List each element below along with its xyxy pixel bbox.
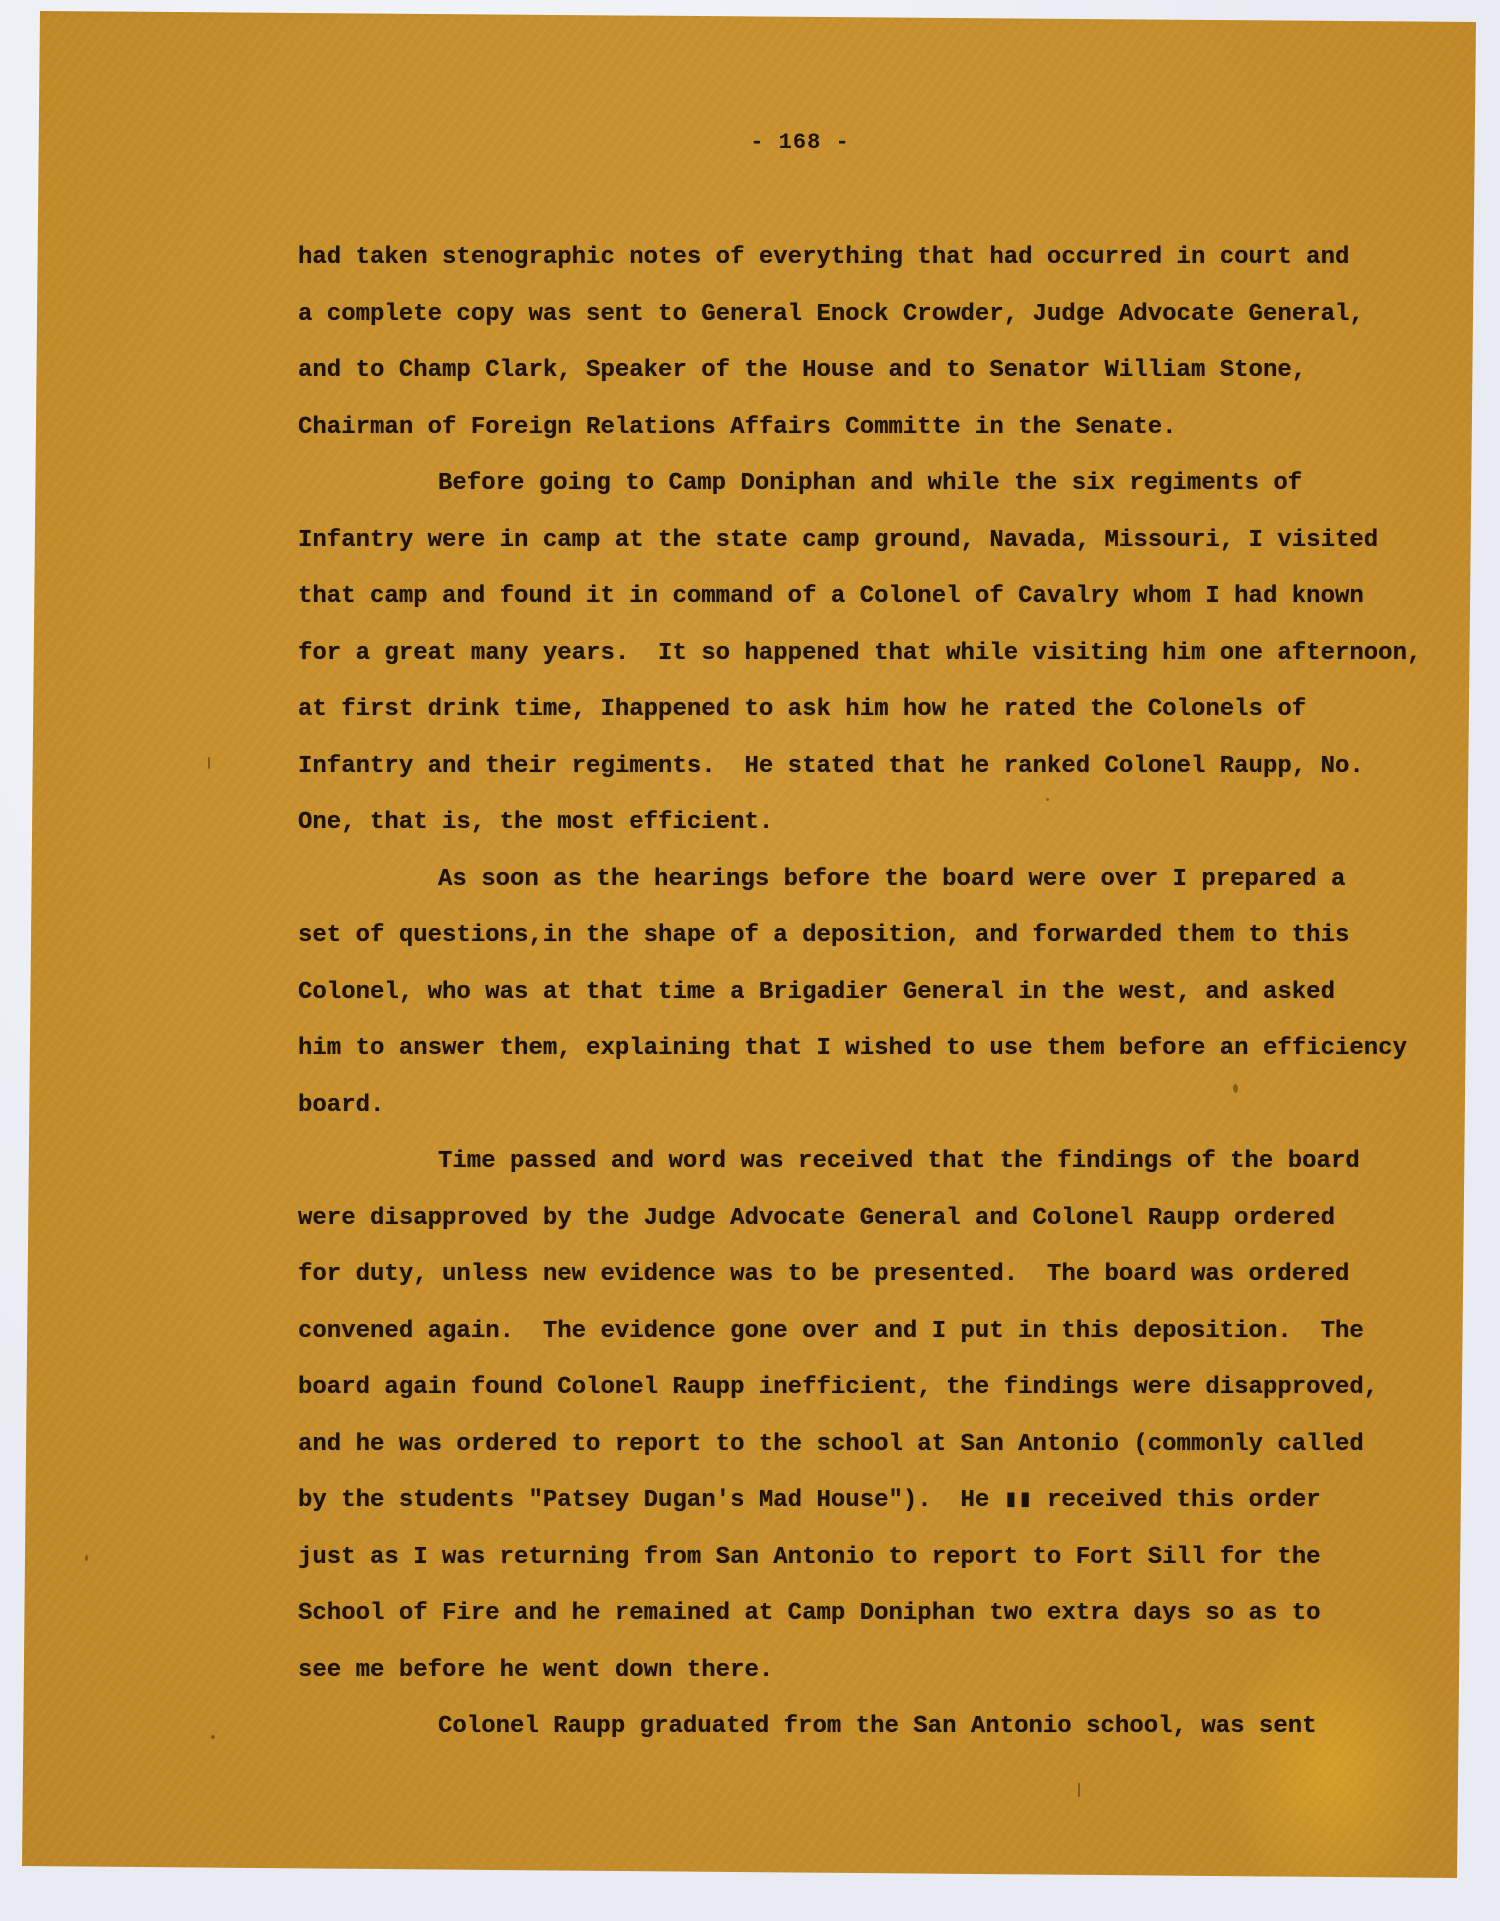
text-line: Colonel, who was at that time a Brigadie…: [298, 975, 1458, 1032]
paper-speck: [208, 757, 210, 769]
text-line: One, that is, the most efficient.: [298, 805, 1458, 862]
text-line: had taken stenographic notes of everythi…: [298, 240, 1458, 297]
text-line: board.: [298, 1088, 1458, 1145]
text-line: Infantry were in camp at the state camp …: [298, 523, 1458, 580]
text-line: set of questions,in the shape of a depos…: [298, 918, 1458, 975]
text-line: Chairman of Foreign Relations Affairs Co…: [298, 410, 1458, 467]
text-line: School of Fire and he remained at Camp D…: [298, 1596, 1458, 1653]
text-line: board again found Colonel Raupp ineffici…: [298, 1370, 1458, 1427]
text-line: were disapproved by the Judge Advocate G…: [298, 1201, 1458, 1258]
text-line: that camp and found it in command of a C…: [298, 579, 1458, 636]
paragraph-first-line: As soon as the hearings before the board…: [298, 862, 1458, 919]
paragraph-first-line: Colonel Raupp graduated from the San Ant…: [298, 1709, 1458, 1766]
text-line: and to Champ Clark, Speaker of the House…: [298, 353, 1458, 410]
text-line: convened again. The evidence gone over a…: [298, 1314, 1458, 1371]
text-line: him to answer them, explaining that I wi…: [298, 1031, 1458, 1088]
document-body: had taken stenographic notes of everythi…: [298, 240, 1458, 1766]
paper-speck: [1078, 1783, 1080, 1797]
paper-speck: [211, 1735, 215, 1739]
text-line: at first drink time, Ihappened to ask hi…: [298, 692, 1458, 749]
paragraph-first-line: Time passed and word was received that t…: [298, 1144, 1458, 1201]
text-line: just as I was returning from San Antonio…: [298, 1540, 1458, 1597]
paragraph-first-line: Before going to Camp Doniphan and while …: [298, 466, 1458, 523]
text-line: and he was ordered to report to the scho…: [298, 1427, 1458, 1484]
text-line: for a great many years. It so happened t…: [298, 636, 1458, 693]
page-number: - 168 -: [740, 130, 860, 155]
text-line: for duty, unless new evidence was to be …: [298, 1257, 1458, 1314]
paper-speck: [85, 1555, 88, 1561]
text-line: a complete copy was sent to General Enoc…: [298, 297, 1458, 354]
text-line: see me before he went down there.: [298, 1653, 1458, 1710]
text-line: by the students "Patsey Dugan's Mad Hous…: [298, 1483, 1458, 1540]
text-line: Infantry and their regiments. He stated …: [298, 749, 1458, 806]
